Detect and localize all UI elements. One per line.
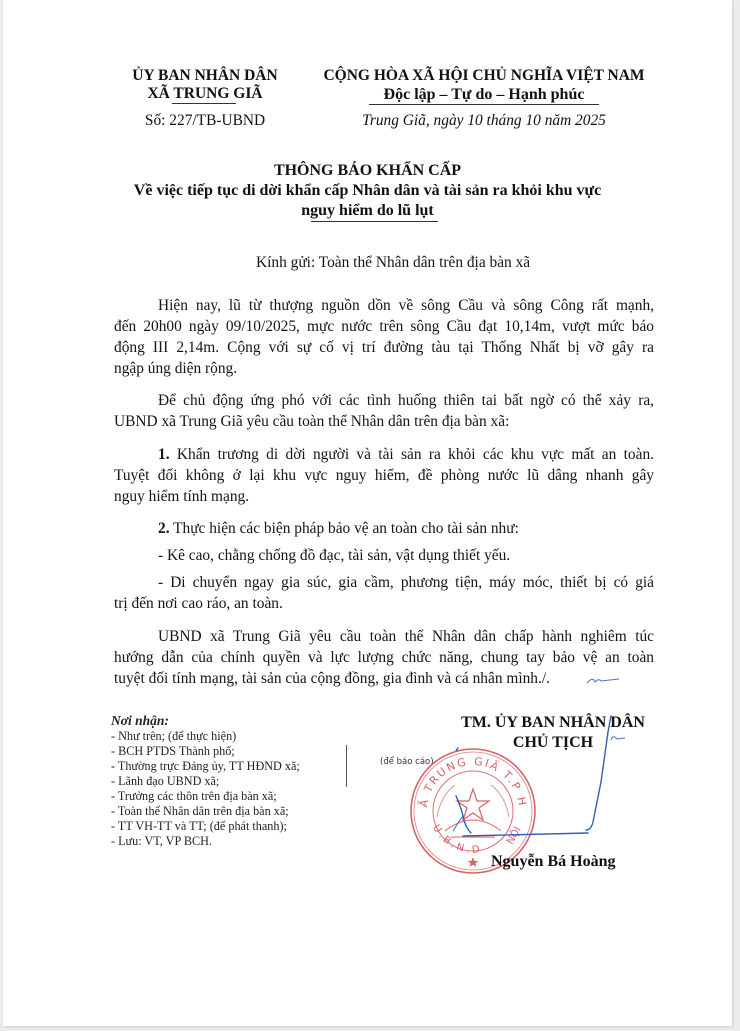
item-2-protect-assets: 2. Thực hiện các biện pháp bảo vệ an toà… (158, 518, 519, 539)
recipient-item: - Như trên; (để thực hiện) (111, 729, 300, 744)
text-line: tuyệt đối tính mạng, tài sản của cộng đồ… (114, 668, 654, 689)
item-number: 2. (158, 520, 170, 537)
subtitle-underline (311, 221, 438, 222)
notice-title: THÔNG BÁO KHẨN CẤP (3, 162, 732, 180)
initial-mark-icon (583, 672, 623, 688)
paragraph-request-intro: Để chủ động ứng phó với các tình huống t… (114, 390, 654, 432)
bullet-move-livestock: - Di chuyển ngay gia súc, gia cầm, phươn… (114, 572, 654, 614)
text-line: 1. Khẩn trương di dời người và tài sản r… (114, 444, 654, 465)
text-line: trị đến nơi cao ráo, an toàn. (114, 593, 654, 614)
handwritten-signature-icon (453, 712, 633, 852)
document-page: ỦY BAN NHÂN DÂN XÃ TRUNG GIÃ Số: 227/TB-… (3, 0, 732, 1026)
bullet-secure-belongings: - Kê cao, chằng chống đồ đạc, tài sản, v… (158, 545, 510, 566)
recipient-item: - Lãnh đạo UBND xã; (111, 774, 300, 789)
doc-number: Số: 227/TB-UBND (115, 112, 295, 130)
text-line: nguy hiểm tính mạng. (114, 486, 654, 507)
org-name: ỦY BAN NHÂN DÂN (115, 66, 295, 85)
recipient-item: - Lưu: VT, VP BCH. (111, 834, 300, 849)
notice-subtitle-line1: Về việc tiếp tục di dời khẩn cấp Nhân dâ… (3, 182, 732, 200)
recipient-item: - Toàn thể Nhân dân trên địa bàn xã; (111, 804, 300, 819)
text-line: ngập úng diện rộng. (114, 358, 654, 379)
text-line: Để chủ động ứng phó với các tình huống t… (114, 390, 654, 411)
recipient-item: - Trưởng các thôn trên địa bàn xã; (111, 789, 300, 804)
national-motto: Độc lập – Tự do – Hạnh phúc (303, 85, 665, 104)
text-line: UBND xã Trung Giã yêu cầu toàn thể Nhân … (114, 626, 654, 647)
recipients-list: - Như trên; (để thực hiện) - BCH PTDS Th… (111, 729, 300, 849)
recipient-item: - Thường trực Đảng ủy, TT HĐND xã; (111, 759, 300, 774)
vertical-mark (346, 745, 347, 787)
text-line: Tuyệt đối không ở lại khu vực nguy hiểm,… (114, 465, 654, 486)
recipient-item: - BCH PTDS Thành phố; (111, 744, 300, 759)
paragraph-flood-situation: Hiện nay, lũ từ thượng nguồn dồn về sông… (114, 295, 654, 379)
text-line: động III 2,14m. Cộng với sự cố vị trí đư… (114, 337, 654, 358)
recipients-label: Nơi nhận: (111, 713, 169, 728)
place-date: Trung Giã, ngày 10 tháng 10 năm 2025 (303, 112, 665, 130)
item-1-evacuate: 1. Khẩn trương di dời người và tài sản r… (114, 444, 654, 507)
notice-subtitle-line2: nguy hiểm do lũ lụt (3, 202, 732, 220)
text-line: đến 20h00 ngày 09/10/2025, mực nước trên… (114, 316, 654, 337)
text-line: Hiện nay, lũ từ thượng nguồn dồn về sông… (114, 295, 654, 316)
paragraph-closing: UBND xã Trung Giã yêu cầu toàn thể Nhân … (114, 626, 654, 689)
text-line: UBND xã Trung Giã yêu cầu toàn thể Nhân … (114, 411, 654, 432)
motto-underline (369, 104, 599, 105)
signer-name: Nguyễn Bá Hoàng (491, 853, 615, 871)
item-number: 1. (158, 446, 170, 463)
text-line: hướng dẫn của chính quyền và lực lượng c… (114, 647, 654, 668)
text-line: - Di chuyển ngay gia súc, gia cầm, phươn… (114, 572, 654, 593)
commune-name: XÃ TRUNG GIÃ (115, 84, 295, 103)
nation-name: CỘNG HÒA XÃ HỘI CHỦ NGHĨA VIỆT NAM (303, 66, 665, 85)
org-underline (172, 103, 236, 104)
recipient-item: - TT VH-TT và TT; (để phát thanh); (111, 819, 300, 834)
addressee: Kính gửi: Toàn thể Nhân dân trên địa bàn… (256, 252, 530, 273)
